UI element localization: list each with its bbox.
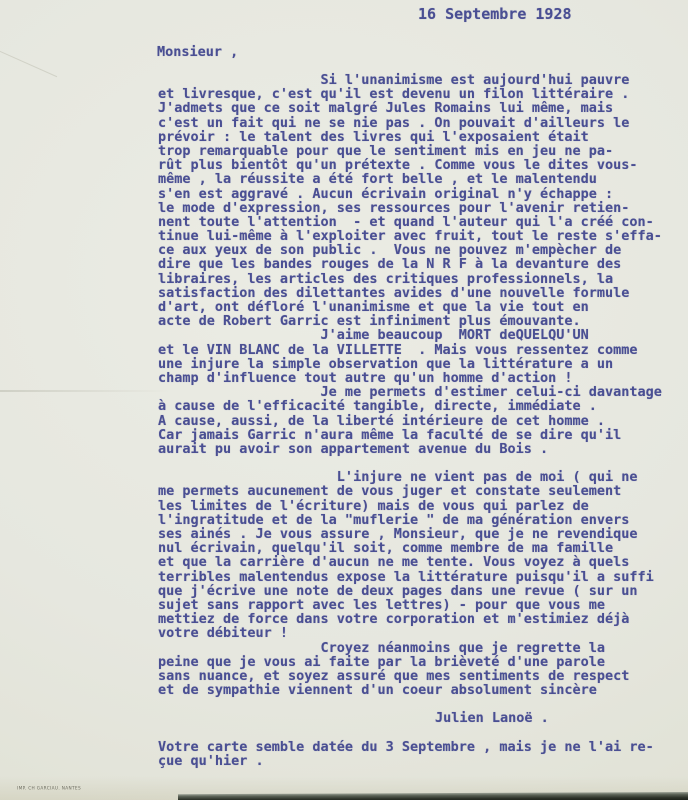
letter-line: Croyez néanmoins que je regrette la — [158, 641, 680, 655]
letter-postscript: Votre carte semble datée du 3 Septembre … — [158, 740, 680, 768]
paper-crease — [0, 390, 170, 392]
letter-line: et que la carrière d'aucun ne me tente. … — [158, 555, 680, 569]
paragraph: Je me permets d'estimer celui-ci davanta… — [158, 385, 680, 470]
letter-line: J'aime beaucoup MORT deQUELQU'UN — [158, 328, 680, 342]
letter-line: Votre carte semble datée du 3 Septembre … — [158, 740, 680, 754]
letter-line: que j'écrive une note de deux pages dans… — [158, 584, 680, 598]
letter-line: s'en est aggravé . Aucun écrivain origin… — [158, 187, 680, 201]
letter-line: prévoir : le talent des livres qui l'exp… — [158, 130, 680, 144]
letter-line: le mode d'expression, ses ressources pou… — [158, 201, 680, 215]
letter-line: votre débiteur ! — [158, 626, 680, 640]
letter-date: 16 Septembre 1928 — [418, 5, 572, 23]
paragraph: Croyez néanmoins que je regrette lapeine… — [158, 641, 680, 698]
letter-line: champ d'influence tout autre qu'un homme… — [158, 371, 680, 385]
letter-signature: Julien Lanoë . — [158, 711, 680, 725]
letter-line: çue qu'hier . — [158, 754, 680, 768]
letter-line: à cause de l'efficacité tangible, direct… — [158, 399, 680, 413]
letter-scan: 16 Septembre 1928 Monsieur , Si l'unanim… — [0, 0, 688, 800]
paragraph: L'injure ne vient pas de moi ( qui neme … — [158, 470, 680, 640]
letter-line: et de sympathie viennent d'un coeur abso… — [158, 683, 680, 697]
letter-line: terribles malentendus expose la littérat… — [158, 570, 680, 584]
letter-line: libraires, les articles des critiques pr… — [158, 272, 680, 286]
letter-line: J'admets que ce soit malgré Jules Romain… — [158, 101, 680, 115]
scan-edge-shadow — [178, 792, 688, 800]
letter-line: trop remarquable pour que le sentiment m… — [158, 144, 680, 158]
paper-crease — [0, 48, 57, 77]
letter-line: aurait pu avoir son appartement avenue d… — [158, 442, 680, 456]
paragraph: Si l'unanimisme est aujourd'hui pauvreet… — [158, 73, 680, 328]
letter-line: les limites de l'écriture) mais de vous … — [158, 499, 680, 513]
letter-line: même , la réussite a été fort belle , et… — [158, 172, 680, 186]
letter-line: A cause, aussi, de la liberté intérieure… — [158, 414, 680, 428]
letter-line: une injure la simple observation que la … — [158, 357, 680, 371]
letter-column: Si l'unanimisme est aujourd'hui pauvreet… — [158, 73, 680, 768]
letter-line: dire que les bandes rouges de la N R F à… — [158, 257, 680, 271]
letter-line: nent toute l'attention - et quand l'aute… — [158, 215, 680, 229]
letter-line: satisfaction des dilettantes avides d'un… — [158, 286, 680, 300]
letter-line: et le VIN BLANC de la VILLETTE . Mais vo… — [158, 343, 680, 357]
letter-line: Car jamais Garric n'aura même la faculté… — [158, 428, 680, 442]
letter-body: Si l'unanimisme est aujourd'hui pauvreet… — [158, 73, 680, 697]
letter-line: l'ingratitude et de la "muflerie " de ma… — [158, 513, 680, 527]
letter-line: sans nuance, et soyez assuré que mes sen… — [158, 669, 680, 683]
letter-line: sujet sans rapport avec les lettres) - p… — [158, 598, 680, 612]
letter-line: peine que je vous ai faite par la briève… — [158, 655, 680, 669]
letter-salutation: Monsieur , — [157, 45, 238, 59]
paragraph: J'aime beaucoup MORT deQUELQU'UNet le VI… — [158, 328, 680, 385]
letter-line: c'est un fait qui ne se nie pas . On pou… — [158, 116, 680, 130]
letter-line: me permets aucunement de vous juger et c… — [158, 484, 680, 498]
